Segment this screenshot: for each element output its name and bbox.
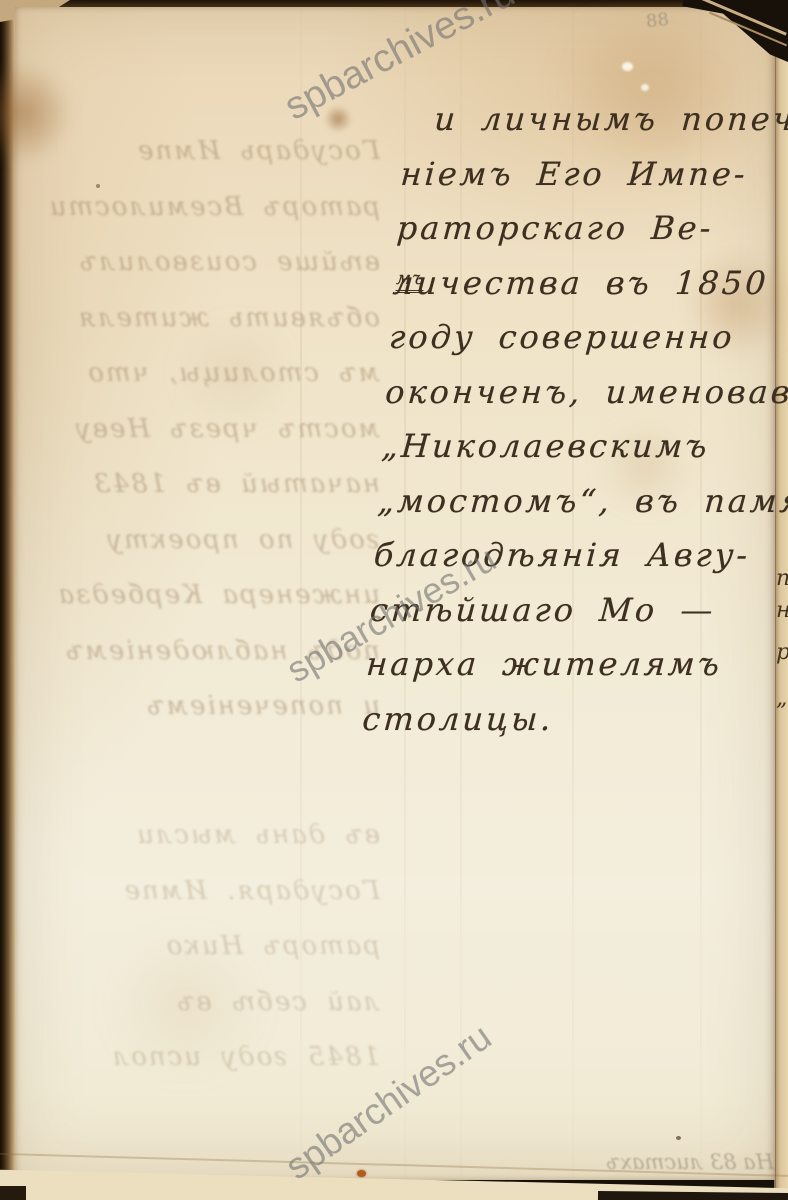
dark-speck <box>676 1136 681 1140</box>
next-page-ink-fragment: п <box>776 566 788 591</box>
scan-bottom-edge <box>598 1191 788 1200</box>
mirrored-pencil-note: На 83 листахъ <box>596 1150 774 1182</box>
next-page-ink-fragment: р <box>776 640 788 665</box>
manuscript-line: стѣйшаго Мо — <box>368 591 772 646</box>
manuscript-line-main: личества въ 1850 <box>392 264 770 302</box>
manuscript-line: ніемъ Его Импе- <box>398 155 788 210</box>
ink-speck <box>357 1170 366 1177</box>
manuscript-line: нарха жителямъ <box>364 645 768 700</box>
manuscript-line: и личнымъ попече- <box>402 100 788 155</box>
manuscript-line: личества въ 1850мъ <box>391 264 788 319</box>
pencil-folio-number: 88 <box>645 9 670 32</box>
manuscript-line: „Николаевскимъ <box>379 427 783 482</box>
manuscript-text: и личнымъ попече- ніемъ Его Импе- раторс… <box>360 100 788 754</box>
next-page-ink-fragment: н <box>776 598 788 623</box>
dark-speck <box>96 184 100 188</box>
archival-scan: Государь Импе раторъ Всемилости вѣйше со… <box>0 0 788 1200</box>
manuscript-line: году совершенно <box>387 318 788 373</box>
manuscript-line: „мостомъ“, въ память <box>375 482 779 537</box>
manuscript-line: благодѣянія Авгу- <box>372 536 776 591</box>
scan-bottom-edge <box>0 1186 26 1200</box>
next-page-ink-fragment: „ <box>776 686 788 711</box>
paper-fleck <box>622 62 633 71</box>
manuscript-line: столицы. <box>360 700 764 755</box>
manuscript-line: раторскаго Ве- <box>394 209 788 264</box>
manuscript-line: оконченъ, именовавъ <box>383 373 787 428</box>
paper-fleck <box>641 84 649 91</box>
superscript-year-suffix: мъ <box>395 269 425 293</box>
book-spine <box>0 0 16 1200</box>
